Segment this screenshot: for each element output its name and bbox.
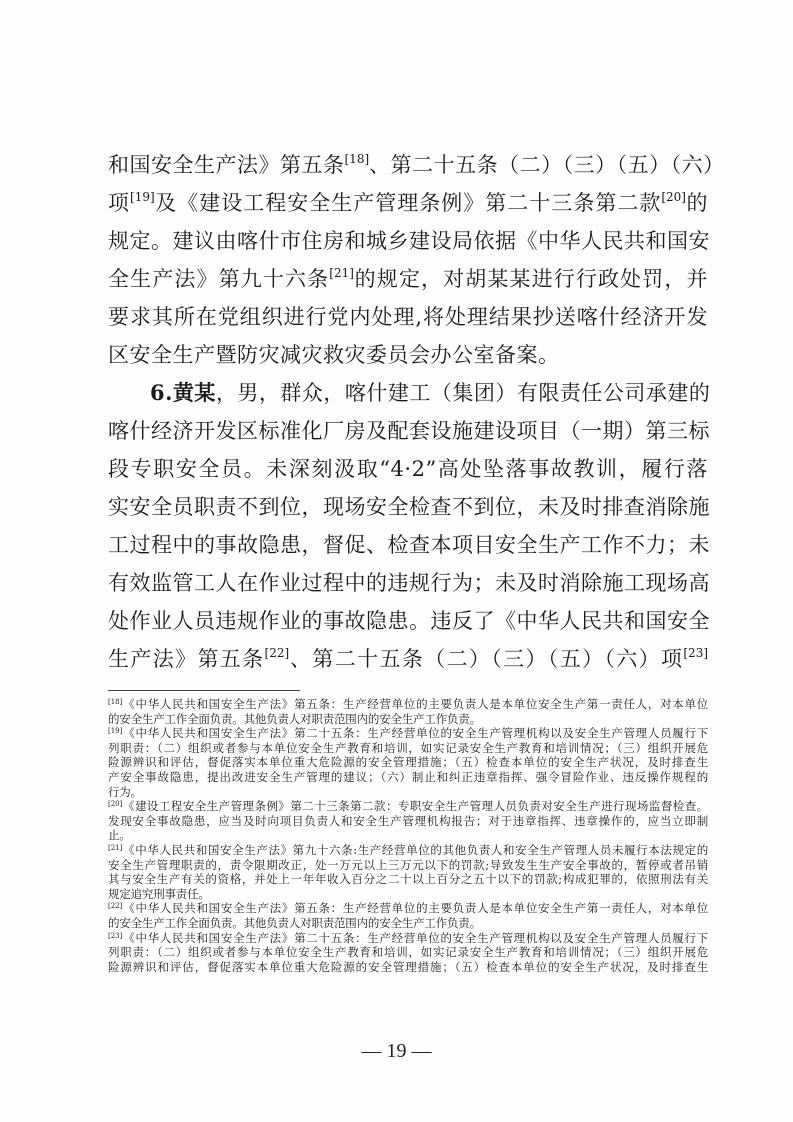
text-run: 列职责：（二）组织或者参与本单位安全生产教育和培训，如实记录安全生产教育和培训情… bbox=[108, 945, 708, 959]
footnote-line: 发现安全事故隐患，应当及时向项目负责人和安全生产管理机构报告；对于违章指挥、违章… bbox=[108, 814, 708, 829]
body-line: 实安全员职责不到位，现场安全检查不到位，未及时排查消除施 bbox=[108, 488, 708, 526]
footnote-ref: [20] bbox=[661, 190, 686, 204]
text-run: 行为。 bbox=[108, 785, 142, 799]
footnote-ref: [23] bbox=[108, 932, 122, 940]
body-line: 和国安全生产法》第五条[18]、第二十五条（二）（三）（五）（六） bbox=[108, 146, 708, 184]
text-run: 区安全生产暨防灾减灾救灾委员会办公室备案。 bbox=[108, 343, 560, 367]
text-run: 喀什经济开发区标准化厂房及配套设施建设项目（一期）第三标 bbox=[108, 419, 710, 443]
footnote-ref: [18] bbox=[345, 152, 370, 166]
text-run: 的规定，对胡某某进行行政处罚，并 bbox=[354, 267, 708, 291]
body-line: 区安全生产暨防灾减灾救灾委员会办公室备案。 bbox=[108, 336, 708, 374]
footnote-line: [20]《建设工程安全生产管理条例》第二十三条第二款：专职安全生产管理人员负责对… bbox=[108, 799, 708, 814]
text-run: 有效监管工人在作业过程中的违规行为；未及时消除施工现场高 bbox=[108, 571, 710, 595]
text-run: 生产法》第五条 bbox=[108, 647, 265, 671]
text-run: 规定追究刑事责任。 bbox=[108, 887, 210, 901]
body-line: 生产法》第五条[22]、第二十五条（二）（三）（五）（六）项[23] bbox=[108, 640, 708, 678]
footnote-line: [21]《中华人民共和国安全生产法》第九十六条:生产经营单位的其他负责人和安全生… bbox=[108, 843, 708, 858]
body-line: 喀什经济开发区标准化厂房及配套设施建设项目（一期）第三标 bbox=[108, 412, 708, 450]
footnote-ref: [21] bbox=[329, 266, 354, 280]
body-line: 段专职安全员。未深刻汲取“4·2”高处坠落事故教训，履行落 bbox=[108, 450, 708, 488]
body-line: 工过程中的事故隐患，督促、检查本项目安全生产工作不力；未 bbox=[108, 526, 708, 564]
text-run: 止。 bbox=[108, 828, 131, 842]
footnote-separator bbox=[108, 690, 300, 691]
body-line: 有效监管工人在作业过程中的违规行为；未及时消除施工现场高 bbox=[108, 564, 708, 602]
footnote-line: 规定追究刑事责任。 bbox=[108, 887, 708, 902]
footnote-line: 险源辨识和评估，督促落实本单位重大危险源的安全管理措施；（五）检查本单位的安全生… bbox=[108, 755, 708, 770]
text-run: 及《建设工程安全生产管理条例》第二十三条第二款 bbox=[155, 191, 662, 215]
text-run: 的 bbox=[686, 191, 708, 215]
footnote-line: [19]《中华人民共和国安全生产法》第二十五条：生产经营单位的安全生产管理机构以… bbox=[108, 726, 708, 741]
footnote-line: 行为。 bbox=[108, 785, 708, 800]
body-line: 6.黄某，男，群众，喀什建工（集团）有限责任公司承建的 bbox=[108, 374, 708, 412]
text-run: 的安全生产工作全面负责。其他负责人对职责范围内的安全生产工作负责。 bbox=[108, 916, 481, 930]
text-run: 安全生产管理职责的，责令限期改正，处一万元以上三万元以下的罚款;导致发生生产安全… bbox=[108, 858, 708, 872]
text-run: 列职责：（二）组织或者参与本单位安全生产教育和培训，如实记录安全生产教育和培训情… bbox=[108, 741, 708, 755]
footnote-line: 列职责：（二）组织或者参与本单位安全生产教育和培训，如实记录安全生产教育和培训情… bbox=[108, 945, 708, 960]
text-run: 的安全生产工作全面负责。其他负责人对职责范围内的安全生产工作负责。 bbox=[108, 712, 481, 726]
footnote-line: 安全生产管理职责的，责令限期改正，处一万元以上三万元以下的罚款;导致发生生产安全… bbox=[108, 858, 708, 873]
page-number: — 19 — bbox=[0, 1040, 793, 1063]
footnote-line: 的安全生产工作全面负责。其他负责人对职责范围内的安全生产工作负责。 bbox=[108, 916, 708, 931]
text-run: 和国安全生产法》第五条 bbox=[108, 153, 345, 177]
text-run: 段专职安全员。未深刻汲取“4·2”高处坠落事故教训，履行落 bbox=[108, 457, 708, 481]
text-run: 其与安全生产有关的资格，并处上一年年收入百分之二十以上百分之五十以下的罚款;构成… bbox=[108, 872, 708, 886]
body-line: 全生产法》第九十六条[21]的规定，对胡某某进行行政处罚，并 bbox=[108, 260, 708, 298]
text-run: 险源辨识和评估，督促落实本单位重大危险源的安全管理措施；（五）检查本单位的安全生… bbox=[108, 755, 708, 769]
text-run: 《中华人民共和国安全生产法》第二十五条：生产经营单位的安全生产管理机构以及安全生… bbox=[122, 931, 708, 945]
document-page: 和国安全生产法》第五条[18]、第二十五条（二）（三）（五）（六）项[19]及《… bbox=[0, 0, 793, 1122]
footnote-line: 险源辨识和评估，督促落实本单位重大危险源的安全管理措施；（五）检查本单位的安全生… bbox=[108, 960, 708, 975]
footnote-line: 的安全生产工作全面负责。其他负责人对职责范围内的安全生产工作负责。 bbox=[108, 712, 708, 727]
footnote-ref: [21] bbox=[108, 844, 122, 852]
text-run: 实安全员职责不到位，现场安全检查不到位，未及时排查消除施 bbox=[108, 495, 710, 519]
footnote-line: [18]《中华人民共和国安全生产法》第五条：生产经营单位的主要负责人是本单位安全… bbox=[108, 697, 708, 712]
text-run: 《中华人民共和国安全生产法》第五条：生产经营单位的主要负责人是本单位安全生产第一… bbox=[122, 901, 708, 915]
footnote-line: 列职责：（二）组织或者参与本单位安全生产教育和培训，如实记录安全生产教育和培训情… bbox=[108, 741, 708, 756]
body-line: 处作业人员违规作业的事故隐患。违反了《中华人民共和国安全 bbox=[108, 602, 708, 640]
text-run: 《中华人民共和国安全生产法》第九十六条:生产经营单位的其他负责人和安全生产管理人… bbox=[122, 843, 708, 857]
text-run: 《中华人民共和国安全生产法》第五条：生产经营单位的主要负责人是本单位安全生产第一… bbox=[122, 697, 708, 711]
body-line: 项[19]及《建设工程安全生产管理条例》第二十三条第二款[20]的 bbox=[108, 184, 708, 222]
text-run: 工过程中的事故隐患，督促、检查本项目安全生产工作不力；未 bbox=[108, 533, 710, 557]
text-run: 产安全事故隐患，提出改进安全生产管理的建议；（六）制止和纠正违章指挥、强令冒险作… bbox=[108, 770, 708, 784]
text-run: 《建设工程安全生产管理条例》第二十三条第二款：专职安全生产管理人员负责对安全生产… bbox=[122, 799, 708, 813]
text-run: 处作业人员违规作业的事故隐患。违反了《中华人民共和国安全 bbox=[108, 609, 710, 633]
footnote-line: 产安全事故隐患，提出改进安全生产管理的建议；（六）制止和纠正违章指挥、强令冒险作… bbox=[108, 770, 708, 785]
text-run: 规定。建议由喀什市住房和城乡建设局依据《中华人民共和国安 bbox=[108, 229, 710, 253]
body-line: 要求其所在党组织进行党内处理,将处理结果抄送喀什经济开发 bbox=[108, 298, 708, 336]
text-run: 险源辨识和评估，督促落实本单位重大危险源的安全管理措施；（五）检查本单位的安全生… bbox=[108, 960, 708, 974]
footnote-ref: [22] bbox=[265, 646, 290, 660]
footnote-ref: [22] bbox=[108, 902, 122, 910]
footnote-line: 止。 bbox=[108, 828, 708, 843]
text-run: 发现安全事故隐患，应当及时向项目负责人和安全生产管理机构报告；对于违章指挥、违章… bbox=[108, 814, 708, 828]
footnote-ref: [20] bbox=[108, 800, 122, 808]
footnote-line: 其与安全生产有关的资格，并处上一年年收入百分之二十以上百分之五十以下的罚款;构成… bbox=[108, 872, 708, 887]
body-line: 规定。建议由喀什市住房和城乡建设局依据《中华人民共和国安 bbox=[108, 222, 708, 260]
text-run: 、第二十五条（二）（三）（五）（六） bbox=[369, 153, 725, 177]
footnote-ref: [18] bbox=[108, 698, 122, 706]
footnote-ref: [19] bbox=[130, 190, 155, 204]
text-run: ，男，群众，喀什建工（集团）有限责任公司承建的 bbox=[216, 381, 711, 405]
text-run: 、第二十五条（二）（三）（五）（六）项 bbox=[289, 647, 683, 671]
footnotes: [18]《中华人民共和国安全生产法》第五条：生产经营单位的主要负责人是本单位安全… bbox=[108, 697, 708, 974]
text-run: 项 bbox=[108, 191, 130, 215]
footnote-ref: [23] bbox=[683, 646, 708, 660]
body-text: 和国安全生产法》第五条[18]、第二十五条（二）（三）（五）（六）项[19]及《… bbox=[108, 146, 708, 678]
text-run: 全生产法》第九十六条 bbox=[108, 267, 329, 291]
footnote-ref: [19] bbox=[108, 727, 122, 735]
text-run: 《中华人民共和国安全生产法》第二十五条：生产经营单位的安全生产管理机构以及安全生… bbox=[122, 726, 708, 740]
footnote-line: [23]《中华人民共和国安全生产法》第二十五条：生产经营单位的安全生产管理机构以… bbox=[108, 931, 708, 946]
bold-text: 6.黄某 bbox=[150, 380, 216, 405]
text-run: 要求其所在党组织进行党内处理,将处理结果抄送喀什经济开发 bbox=[108, 305, 708, 329]
footnote-line: [22]《中华人民共和国安全生产法》第五条：生产经营单位的主要负责人是本单位安全… bbox=[108, 901, 708, 916]
